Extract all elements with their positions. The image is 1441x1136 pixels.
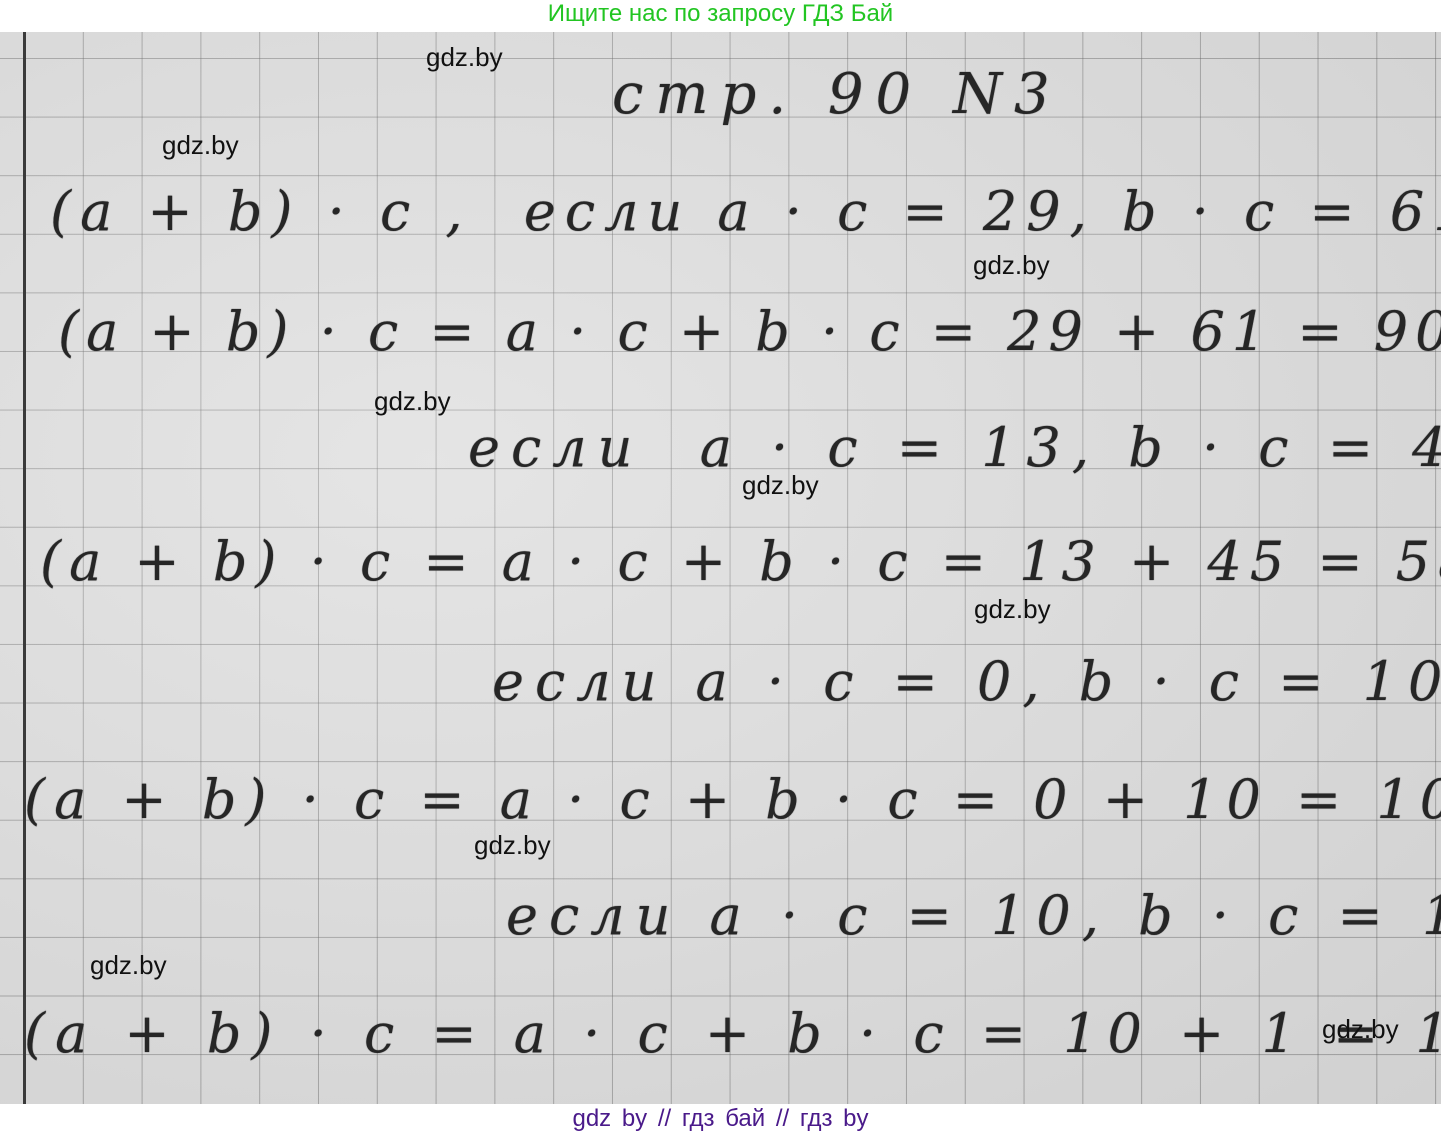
bottom-banner: gdz by // гдз бай // гдз by xyxy=(0,1104,1441,1136)
solution-line-7: если a · c = 10, b · c = 1 xyxy=(506,884,1441,947)
solution-line-6: (a + b) · c = a · c + b · c = 0 + 10 = 1… xyxy=(24,768,1441,831)
solution-line-1: (a + b) · c , если a · c = 29, b · c = 6… xyxy=(50,180,1441,243)
watermark: gdz.by xyxy=(426,42,503,73)
solution-line-4: (a + b) · c = a · c + b · c = 13 + 45 = … xyxy=(40,530,1441,593)
solution-line-3: если a · c = 13, b · c = 45 xyxy=(468,416,1441,479)
watermark: gdz.by xyxy=(374,386,451,417)
solution-line-8: (a + b) · c = a · c + b · c = 10 + 1 = 1… xyxy=(24,1002,1441,1065)
watermark: gdz.by xyxy=(1322,1014,1399,1045)
watermark: gdz.by xyxy=(974,594,1051,625)
watermark: gdz.by xyxy=(474,830,551,861)
watermark: gdz.by xyxy=(973,250,1050,281)
solution-line-5: если a · c = 0, b · c = 10 xyxy=(492,650,1441,713)
watermark: gdz.by xyxy=(162,130,239,161)
watermark: gdz.by xyxy=(742,470,819,501)
top-banner: Ищите нас по запросу ГДЗ Бай xyxy=(0,0,1441,32)
margin-line xyxy=(23,32,26,1104)
watermark: gdz.by xyxy=(90,950,167,981)
solution-line-2: (a + b) · c = a · c + b · c = 29 + 61 = … xyxy=(58,300,1441,363)
notebook-page: стр. 90 N3 (a + b) · c , если a · c = 29… xyxy=(0,32,1441,1104)
page-title: стр. 90 N3 xyxy=(612,62,1062,127)
